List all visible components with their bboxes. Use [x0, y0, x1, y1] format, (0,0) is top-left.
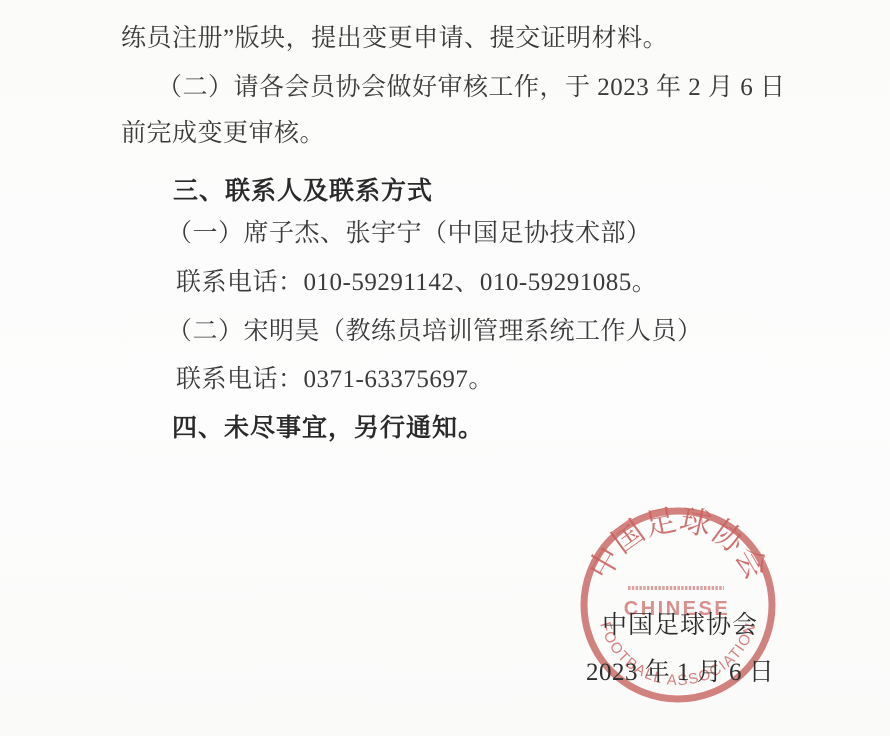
signature-org: 中国足球协会 — [602, 612, 758, 640]
signature-date: 2023 年 1 月 6 日 — [586, 659, 774, 687]
contact-1-names: （一）席子杰、张宇宁（中国足协技术部） — [167, 219, 652, 249]
contact-2-name: （二）宋明昊（教练员培训管理系统工作人员） — [167, 317, 703, 347]
contact-2-phone: 联系电话：0371-63375697。 — [176, 365, 494, 395]
scanned-document-page: 练员注册”版块，提出变更申请、提交证明材料。 （二）请各会员协会做好审核工作，于… — [0, 0, 890, 736]
section-4-heading: 四、未尽事宜，另行通知。 — [172, 413, 484, 443]
doc-line-continuation: 练员注册”版块，提出变更申请、提交证明材料。 — [121, 24, 668, 54]
doc-line-deadline-continuation: 前完成变更审核。 — [121, 119, 325, 149]
doc-line-review-deadline: （二）请各会员协会做好审核工作，于 2023 年 2 月 6 日 — [157, 73, 786, 103]
section-3-heading: 三、联系人及联系方式 — [173, 176, 433, 206]
contact-1-phone: 联系电话：010-59291142、010-59291085。 — [176, 268, 657, 298]
